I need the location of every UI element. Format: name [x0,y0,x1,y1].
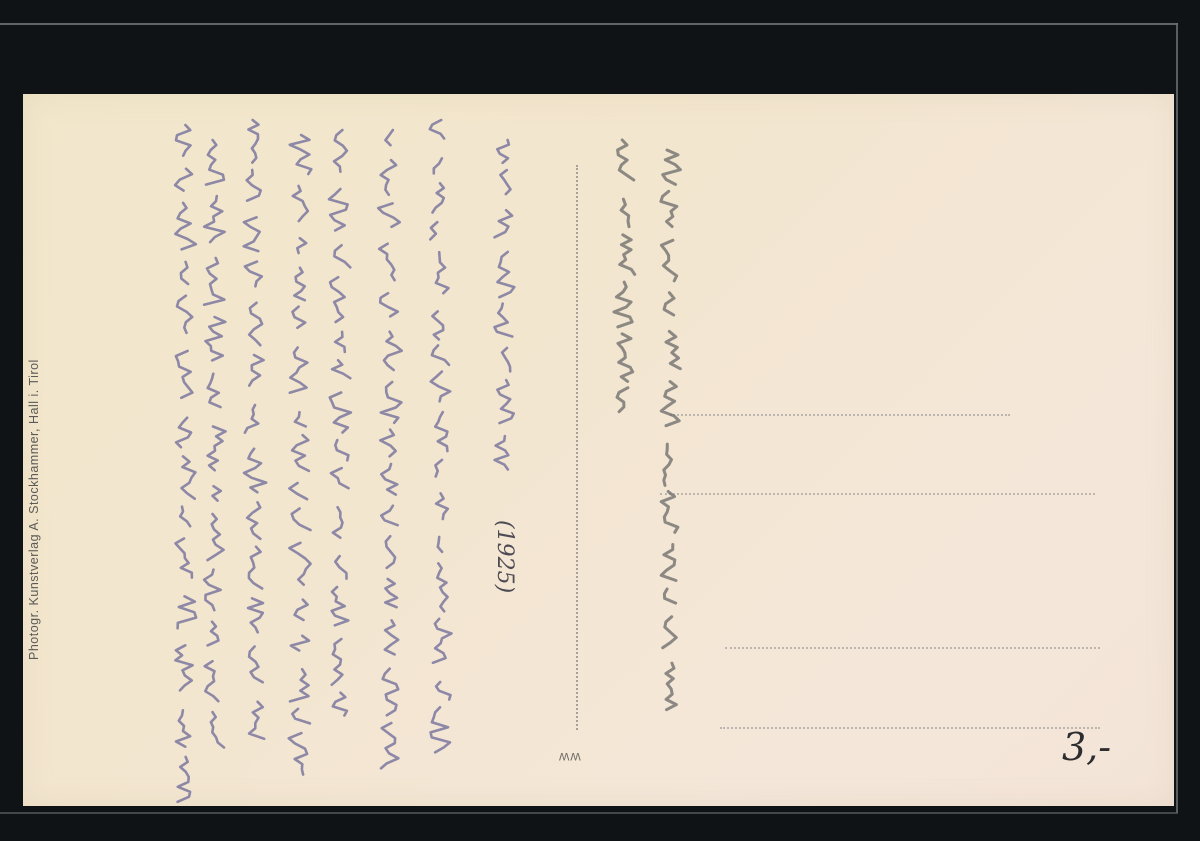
frame-edge-bottom [0,812,1178,814]
postcard-back [23,94,1174,806]
publisher-imprint: Photogr. Kunstverlag A. Stockhammer, Hal… [27,359,41,660]
address-line [670,414,1010,416]
message-address-divider [576,165,578,730]
price-text: 3,- [1062,725,1111,769]
frame-edge-top [0,23,1178,25]
price-mark: 3,- [1062,725,1111,769]
address-line [720,727,1100,729]
handwritten-date: (1925) [492,520,517,593]
printer-mark: WW [558,750,581,762]
address-line [660,493,1095,495]
address-line [725,647,1100,649]
frame-edge-right [1176,23,1178,813]
